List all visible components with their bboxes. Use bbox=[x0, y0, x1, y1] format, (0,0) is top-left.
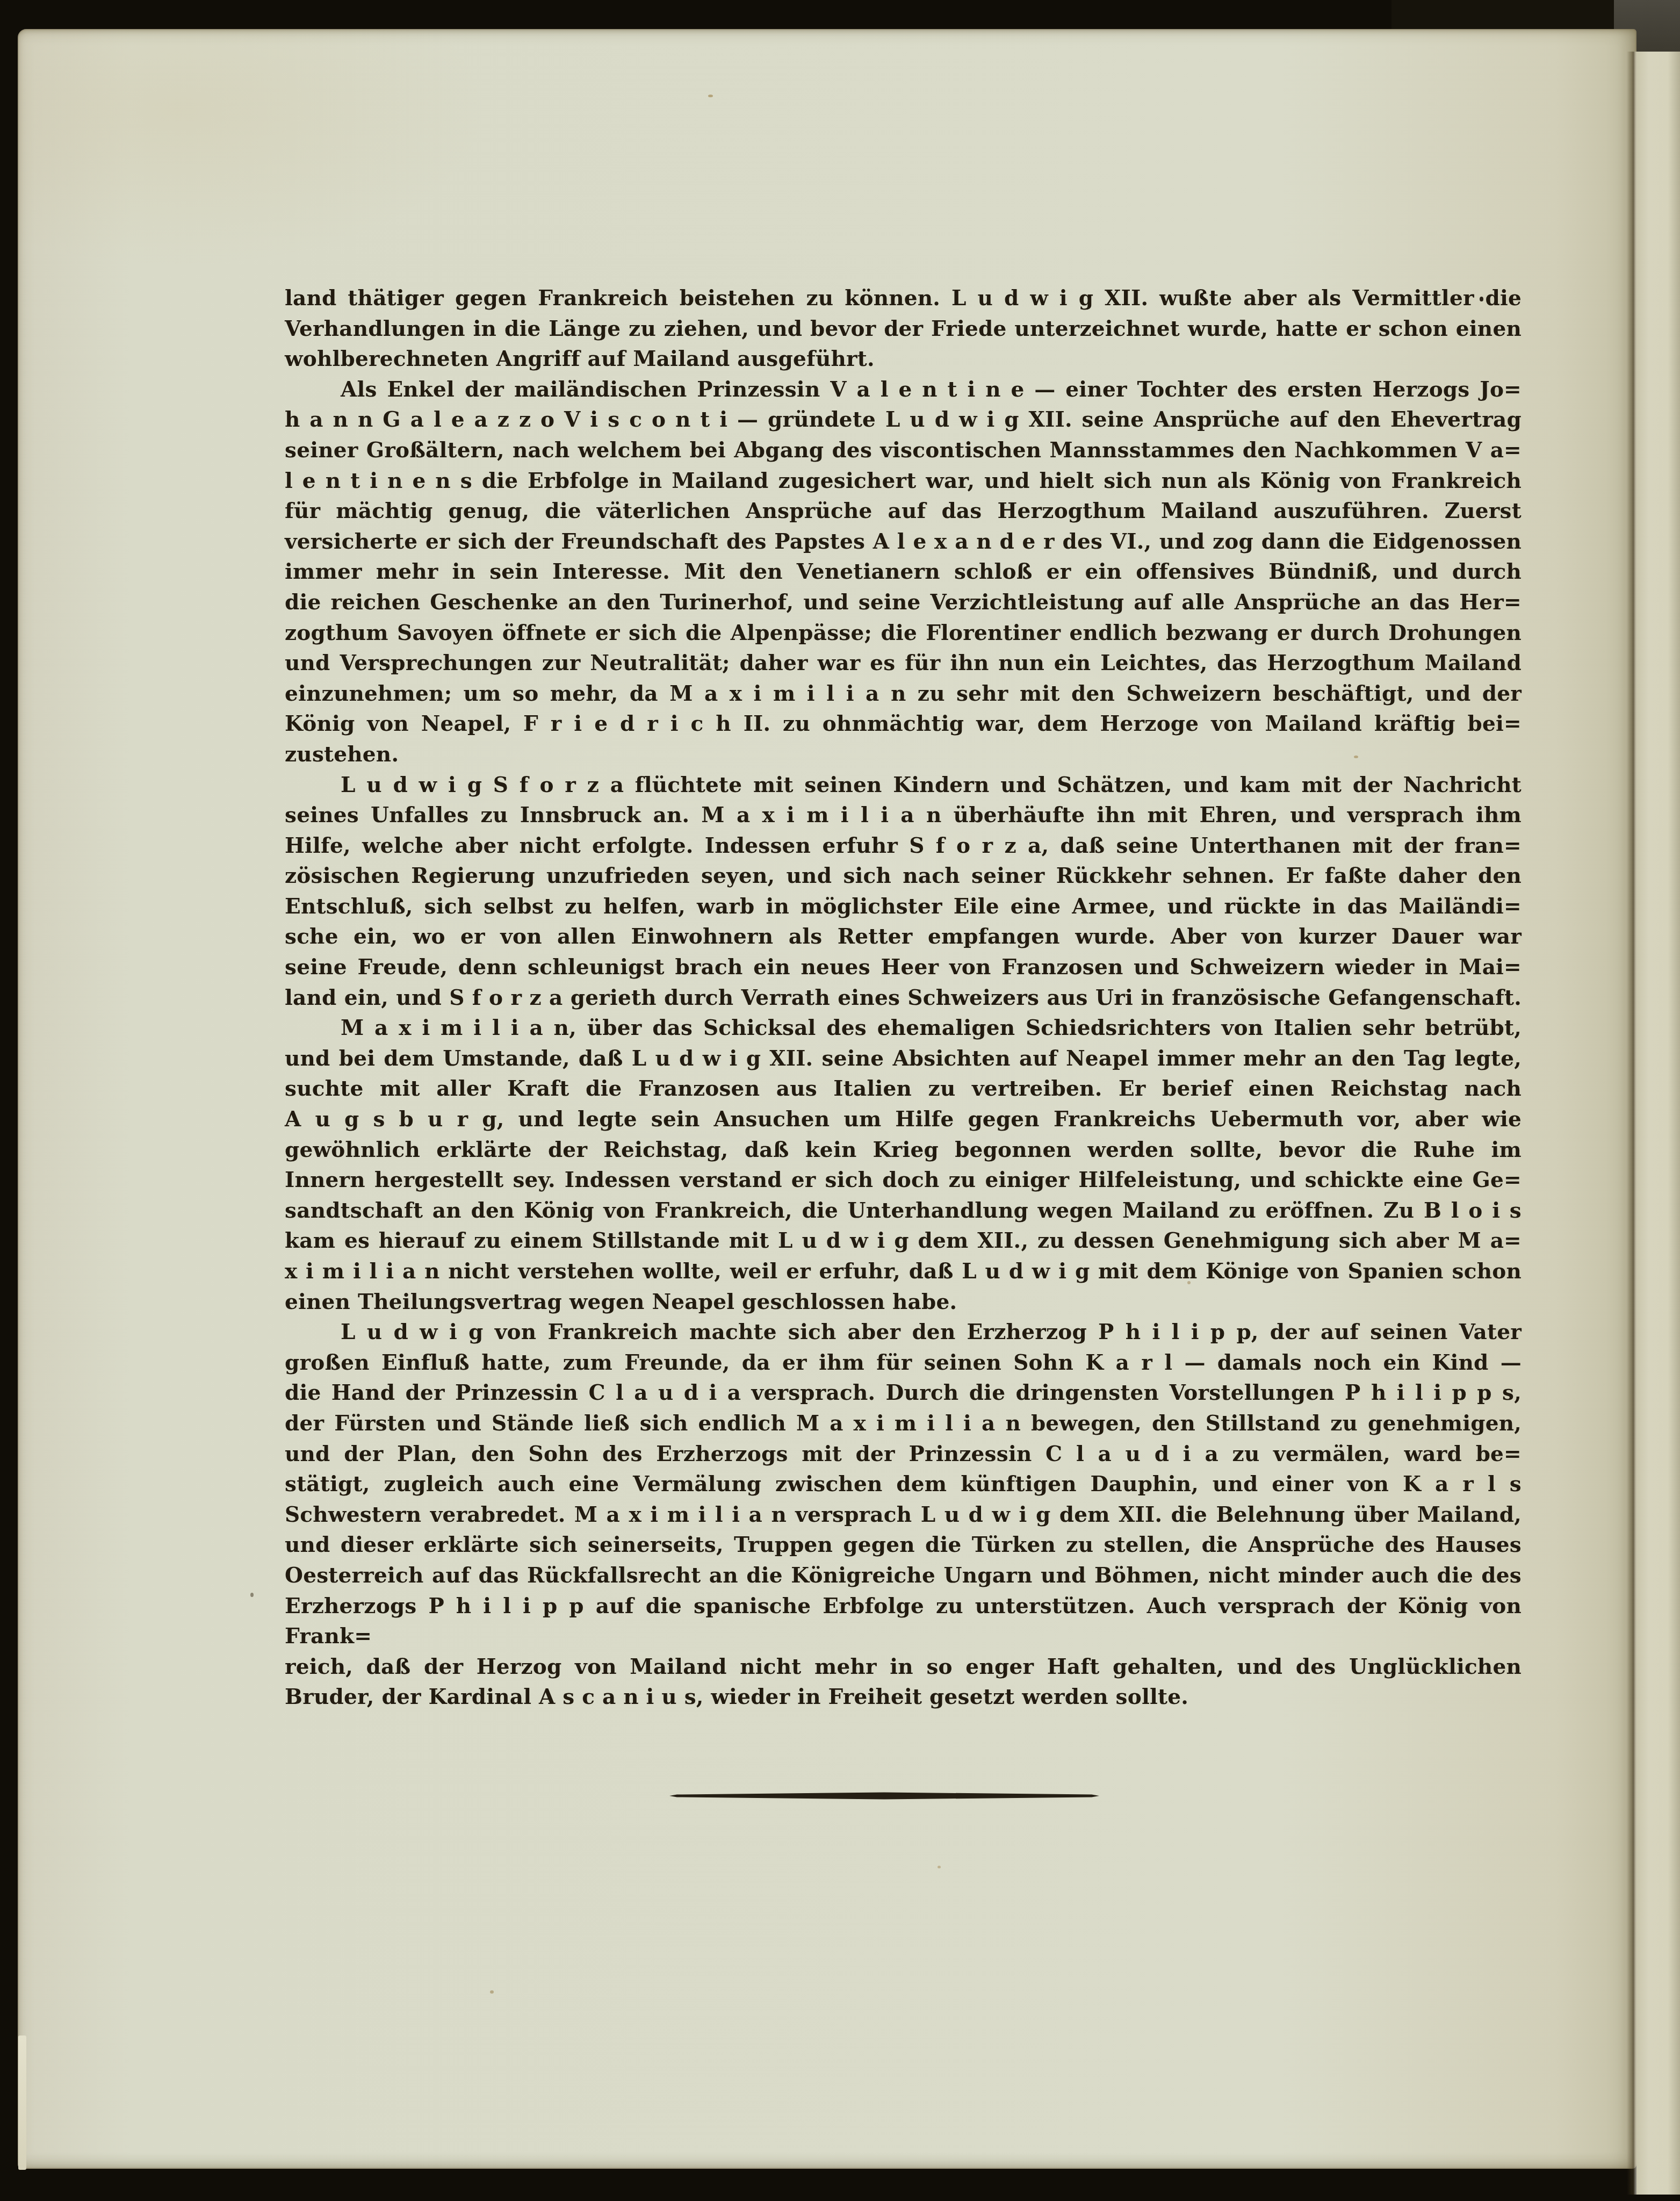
next-page-edge bbox=[1636, 52, 1680, 2195]
text-line: und dieser erklärte sich seinerseits, Tr… bbox=[285, 1530, 1522, 1560]
foxing-speck bbox=[938, 1866, 941, 1868]
text-line: großen Einfluß hatte, zum Freunde, da er… bbox=[285, 1348, 1522, 1378]
text-line: gewöhnlich erklärte der Reichstag, daß k… bbox=[285, 1135, 1522, 1166]
foxing-speck bbox=[490, 1990, 494, 1994]
text-line: immer mehr in sein Interesse. Mit den Ve… bbox=[285, 557, 1522, 587]
text-line: versicherte er sich der Freundschaft des… bbox=[285, 527, 1522, 557]
text-line: seiner Großältern, nach welchem bei Abga… bbox=[285, 435, 1522, 466]
scanned-book-page: land thätiger gegen Frankreich beistehen… bbox=[0, 0, 1680, 2201]
under-page-edge bbox=[18, 2035, 26, 2170]
text-line: h a n n G a l e a z z o V i s c o n t i … bbox=[285, 405, 1522, 435]
text-line: zösischen Regierung unzufrieden seyen, u… bbox=[285, 861, 1522, 891]
text-line: sche ein, wo er von allen Einwohnern als… bbox=[285, 922, 1522, 952]
text-line: M a x i m i l i a n, über das Schicksal … bbox=[285, 1013, 1522, 1044]
text-line: L u d w i g von Frankreich machte sich a… bbox=[285, 1317, 1522, 1348]
text-line: A u g s b u r g, und legte sein Ansuchen… bbox=[285, 1104, 1522, 1135]
text-line: l e n t i n e n s die Erbfolge in Mailan… bbox=[285, 466, 1522, 497]
text-line: Hilfe, welche aber nicht erfolgte. Indes… bbox=[285, 831, 1522, 861]
text-line: L u d w i g S f o r z a flüchtete mit se… bbox=[285, 770, 1522, 801]
paragraph: Als Enkel der mailändischen Prinzessin V… bbox=[285, 375, 1522, 770]
paragraph: L u d w i g von Frankreich machte sich a… bbox=[285, 1317, 1522, 1713]
text-line: seine Freude, denn schleunigst brach ein… bbox=[285, 952, 1522, 983]
section-divider-rule bbox=[669, 1792, 1099, 1800]
text-line: seines Unfalles zu Innsbruck an. M a x i… bbox=[285, 800, 1522, 831]
text-line: Oesterreich auf das Rückfallsrecht an di… bbox=[285, 1560, 1522, 1591]
text-line: reich, daß der Herzog von Mailand nicht … bbox=[285, 1652, 1522, 1682]
text-line: und bei dem Umstande, daß L u d w i g XI… bbox=[285, 1044, 1522, 1074]
text-line: einzunehmen; um so mehr, da M a x i m i … bbox=[285, 679, 1522, 709]
text-line: für mächtig genug, die väterlichen Anspr… bbox=[285, 496, 1522, 527]
text-line: sandtschaft an den König von Frankreich,… bbox=[285, 1196, 1522, 1226]
paragraph: land thätiger gegen Frankreich beistehen… bbox=[285, 283, 1522, 375]
text-line: der Fürsten und Stände ließ sich endlich… bbox=[285, 1408, 1522, 1439]
text-line: stätigt, zugleich auch eine Vermälung zw… bbox=[285, 1469, 1522, 1500]
paragraph: M a x i m i l i a n, über das Schicksal … bbox=[285, 1013, 1522, 1317]
text-line: land thätiger gegen Frankreich beistehen… bbox=[285, 283, 1522, 314]
text-line: und Versprechungen zur Neutralität; dahe… bbox=[285, 648, 1522, 679]
paragraph: L u d w i g S f o r z a flüchtete mit se… bbox=[285, 770, 1522, 1013]
text-line: land ein, und S f o r z a gerieth durch … bbox=[285, 983, 1522, 1013]
text-line: Entschluß, sich selbst zu helfen, warb i… bbox=[285, 891, 1522, 922]
text-line: zustehen. bbox=[285, 739, 1522, 770]
text-line: die reichen Geschenke an den Turinerhof,… bbox=[285, 587, 1522, 618]
text-line: x i m i l i a n nicht verstehen wollte, … bbox=[285, 1256, 1522, 1287]
text-line: und der Plan, den Sohn des Erzherzogs mi… bbox=[285, 1439, 1522, 1470]
text-line: Erzherzogs P h i l i p p auf die spanisc… bbox=[285, 1591, 1522, 1652]
text-line: Schwestern verabredet. M a x i m i l i a… bbox=[285, 1500, 1522, 1530]
foxing-speck bbox=[708, 95, 713, 97]
text-line: Bruder, der Kardinal A s c a n i u s, wi… bbox=[285, 1682, 1522, 1713]
text-line: zogthum Savoyen öffnete er sich die Alpe… bbox=[285, 618, 1522, 649]
text-line: einen Theilungsvertrag wegen Neapel gesc… bbox=[285, 1287, 1522, 1318]
page-text: land thätiger gegen Frankreich beistehen… bbox=[285, 283, 1522, 1713]
text-line: Verhandlungen in die Länge zu ziehen, un… bbox=[285, 314, 1522, 344]
text-line: wohlberechneten Angriff auf Mailand ausg… bbox=[285, 344, 1522, 375]
text-line: die Hand der Prinzessin C l a u d i a ve… bbox=[285, 1378, 1522, 1408]
text-line: König von Neapel, F r i e d r i c h II. … bbox=[285, 709, 1522, 739]
text-line: suchte mit aller Kraft die Franzosen aus… bbox=[285, 1074, 1522, 1104]
text-line: kam es hierauf zu einem Stillstande mit … bbox=[285, 1226, 1522, 1256]
ink-speck bbox=[250, 1593, 254, 1597]
tapered-rule-shape bbox=[669, 1793, 1099, 1800]
text-line: Innern hergestellt sey. Indessen verstan… bbox=[285, 1165, 1522, 1196]
text-line: Als Enkel der mailändischen Prinzessin V… bbox=[285, 375, 1522, 405]
